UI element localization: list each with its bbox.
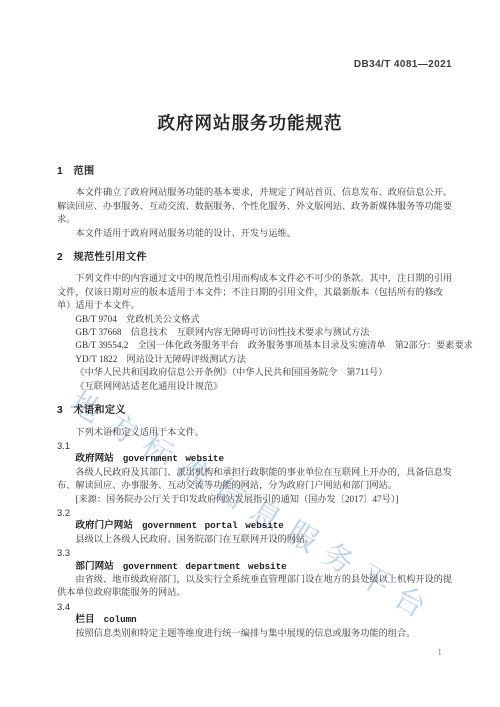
document-body: 1 范围 本文件确立了政府网站服务功能的基本要求，并规定了网站首页、信息发布、政… <box>57 162 453 640</box>
term-definition: 县级以上各级人民政府、国务院部门在互联网开设的网站。 <box>57 533 453 546</box>
term-name-zh: 政府网站 <box>75 453 113 464</box>
page-title: 政府网站服务功能规范 <box>0 110 500 135</box>
term-name-zh: 栏目 <box>75 614 94 625</box>
term-block: 3.1 政府网站government website 各级人民政府及其部门、派出… <box>57 439 453 506</box>
term-source: [来源：国务院办公厅关于印发政府网站发展指引的通知（国办发〔2017〕47号）] <box>57 493 453 506</box>
section-heading-terms: 3 术语和定义 <box>57 404 453 417</box>
section-heading-scope: 1 范围 <box>57 165 453 178</box>
term-number: 3.1 <box>57 439 453 452</box>
page-number: 1 <box>437 648 442 658</box>
reference-item: GB/T 9704 党政机关公文格式 <box>57 313 453 326</box>
term-block: 3.2 政府门户网站government portal website 县级以上… <box>57 506 453 546</box>
reference-item: 《中华人民共和国政府信息公开条例》（中华人民共和国国务院令 第711号） <box>57 366 453 379</box>
term-definition: 各级人民政府及其部门、派出机构和承担行政职能的事业单位在互联网上开办的，具备信息… <box>57 466 453 493</box>
term-number: 3.2 <box>57 506 453 519</box>
standard-number: DB34/T 4081—2021 <box>354 59 452 70</box>
term-block: 3.3 部门网站government department website 由省… <box>57 546 453 600</box>
document-page: DB34/T 4081—2021 政府网站服务功能规范 地方标准信息服务平台 1… <box>0 0 500 707</box>
reference-item: YD/T 1822 网站设计无障碍评级测试方法 <box>57 353 453 366</box>
term-name-zh: 部门网站 <box>75 561 113 572</box>
reference-item: GB/T 39554.2 全国一体化政务服务平台 政务服务事项基本目录及实施清单… <box>57 339 453 352</box>
term-name-en: government portal website <box>142 520 284 531</box>
term-name-en: column <box>104 614 137 625</box>
term-name-en: government website <box>123 453 224 464</box>
reference-item: GB/T 37668 信息技术 互联网内容无障碍可访问性技术要求与测试方法 <box>57 326 453 339</box>
normative-references-intro: 下列文件中的内容通过文中的规范性引用而构成本文件必不可少的条款。其中，注日期的引… <box>57 272 453 312</box>
term-number: 3.3 <box>57 546 453 559</box>
terms-intro: 下列术语和定义适用于本文件。 <box>57 426 453 439</box>
term-number: 3.4 <box>57 600 453 613</box>
scope-paragraph-1: 本文件确立了政府网站服务功能的基本要求，并规定了网站首页、信息发布、政府信息公开… <box>57 186 453 226</box>
term-name-en: government department website <box>123 561 287 572</box>
section-heading-normative-references: 2 规范性引用文件 <box>57 251 453 264</box>
reference-item: 《互联网网站适老化通用设计规范》 <box>57 380 453 393</box>
term-name-zh: 政府门户网站 <box>75 520 133 531</box>
term-definition: 由省级、地市级政府部门，以及实行全系统垂直管理部门设在地方的县处级以上机构开设的… <box>57 573 453 600</box>
term-definition: 按照信息类别和特定主题等维度进行统一编排与集中展现的信息或服务功能的组合。 <box>57 627 453 640</box>
term-block: 3.4 栏目column 按照信息类别和特定主题等维度进行统一编排与集中展现的信… <box>57 600 453 640</box>
scope-paragraph-2: 本文件适用于政府网站服务功能的设计、开发与运维。 <box>57 227 453 240</box>
